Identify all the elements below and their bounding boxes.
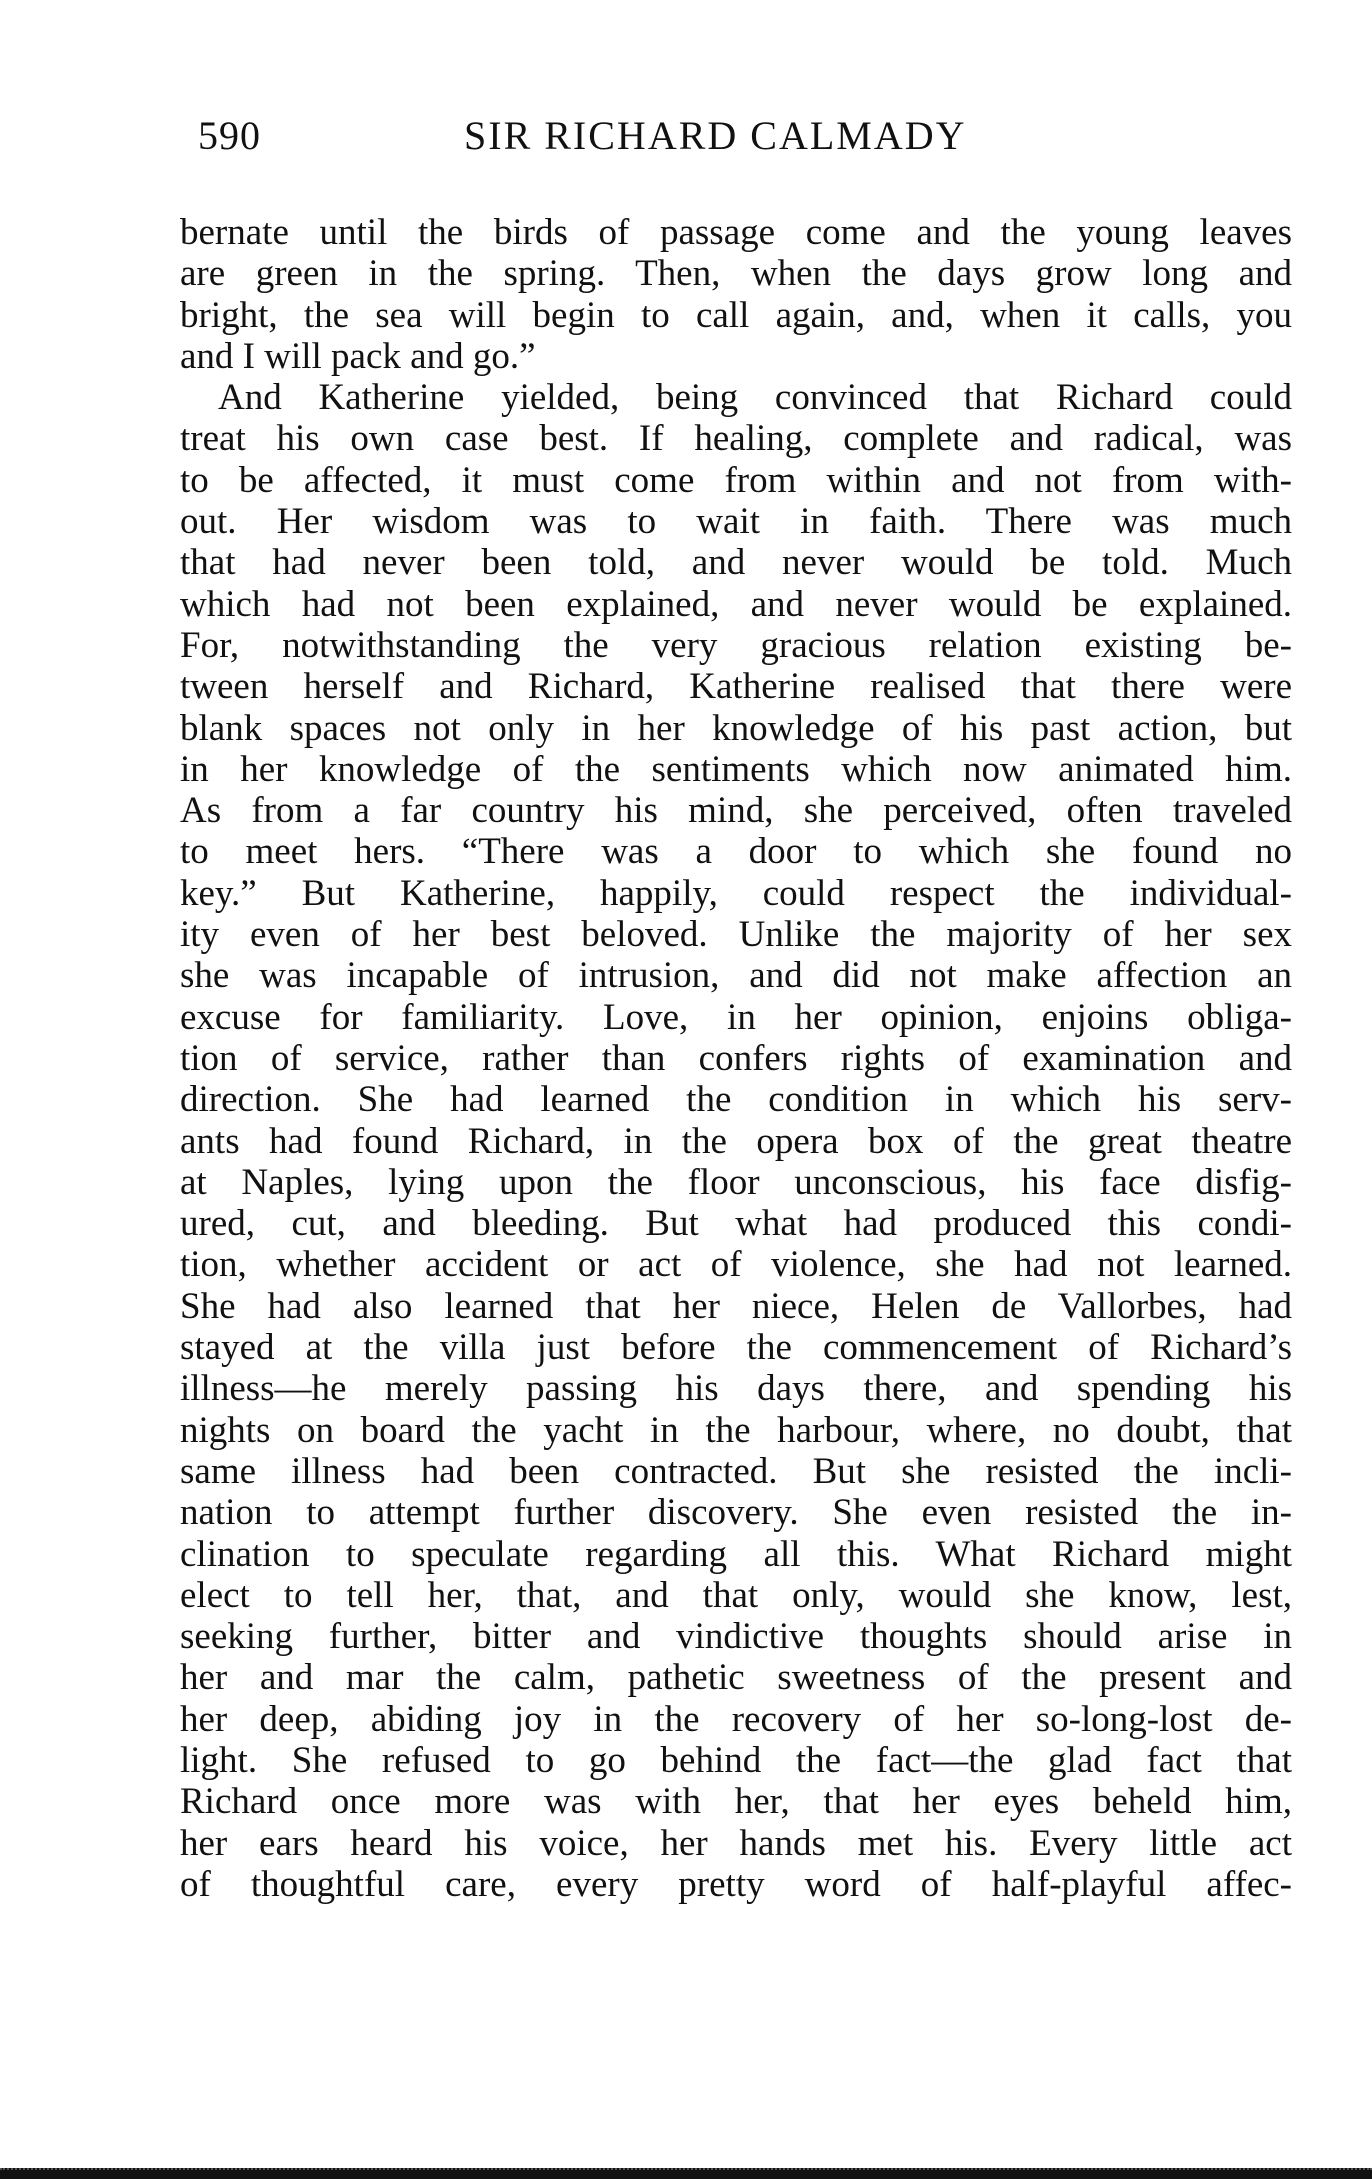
text-line: her deep, abiding joy in the recovery of… bbox=[180, 1699, 1292, 1740]
text-line: bright, the sea will begin to call again… bbox=[180, 295, 1292, 336]
text-line: are green in the spring. Then, when the … bbox=[180, 253, 1292, 294]
text-line: tion, whether accident or act of violenc… bbox=[180, 1244, 1292, 1285]
text-line: She had also learned that her niece, Hel… bbox=[180, 1286, 1292, 1327]
text-line: and I will pack and go.” bbox=[180, 336, 1292, 377]
running-head: 590 SIR RICHARD CALMADY bbox=[198, 112, 1298, 172]
text-line: at Naples, lying upon the floor unconsci… bbox=[180, 1162, 1292, 1203]
text-line: her ears heard his voice, her hands met … bbox=[180, 1823, 1292, 1864]
body-text: bernate until the birds of passage come … bbox=[180, 212, 1292, 1905]
text-line: to be affected, it must come from within… bbox=[180, 460, 1292, 501]
text-line: For, notwithstanding the very gracious r… bbox=[180, 625, 1292, 666]
text-line: blank spaces not only in her knowledge o… bbox=[180, 708, 1292, 749]
text-line: tween herself and Richard, Katherine rea… bbox=[180, 666, 1292, 707]
text-line: bernate until the birds of passage come … bbox=[180, 212, 1292, 253]
text-line: out. Her wisdom was to wait in faith. Th… bbox=[180, 501, 1292, 542]
page-number: 590 bbox=[198, 112, 261, 159]
text-line: same illness had been contracted. But sh… bbox=[180, 1451, 1292, 1492]
text-line: clination to speculate regarding all thi… bbox=[180, 1534, 1292, 1575]
text-line: ity even of her best beloved. Unlike the… bbox=[180, 914, 1292, 955]
text-line: which had not been explained, and never … bbox=[180, 584, 1292, 625]
text-line: that had never been told, and never woul… bbox=[180, 542, 1292, 583]
text-line: she was incapable of intrusion, and did … bbox=[180, 955, 1292, 996]
text-line: her and mar the calm, pathetic sweetness… bbox=[180, 1657, 1292, 1698]
text-line: direction. She had learned the condition… bbox=[180, 1079, 1292, 1120]
text-line: of thoughtful care, every pretty word of… bbox=[180, 1864, 1292, 1905]
running-title: SIR RICHARD CALMADY bbox=[464, 112, 967, 159]
text-line: nights on board the yacht in the harbour… bbox=[180, 1410, 1292, 1451]
text-line: Richard once more was with her, that her… bbox=[180, 1781, 1292, 1822]
text-line: tion of service, rather than confers rig… bbox=[180, 1038, 1292, 1079]
text-line: light. She refused to go behind the fact… bbox=[180, 1740, 1292, 1781]
text-line: seeking further, bitter and vindictive t… bbox=[180, 1616, 1292, 1657]
text-line: ants had found Richard, in the opera box… bbox=[180, 1121, 1292, 1162]
text-line: elect to tell her, that, and that only, … bbox=[180, 1575, 1292, 1616]
text-line: illness—he merely passing his days there… bbox=[180, 1368, 1292, 1409]
text-line: to meet hers. “There was a door to which… bbox=[180, 831, 1292, 872]
text-line: stayed at the villa just before the comm… bbox=[180, 1327, 1292, 1368]
text-line: key.” But Katherine, happily, could resp… bbox=[180, 873, 1292, 914]
text-line: And Katherine yielded, being convinced t… bbox=[180, 377, 1292, 418]
text-line: treat his own case best. If healing, com… bbox=[180, 418, 1292, 459]
page-bottom-edge bbox=[0, 2168, 1372, 2179]
text-line: nation to attempt further discovery. She… bbox=[180, 1492, 1292, 1533]
text-line: As from a far country his mind, she perc… bbox=[180, 790, 1292, 831]
text-line: excuse for familiarity. Love, in her opi… bbox=[180, 997, 1292, 1038]
book-page: 590 SIR RICHARD CALMADY bernate until th… bbox=[0, 0, 1372, 2179]
text-line: in her knowledge of the sentiments which… bbox=[180, 749, 1292, 790]
text-line: ured, cut, and bleeding. But what had pr… bbox=[180, 1203, 1292, 1244]
